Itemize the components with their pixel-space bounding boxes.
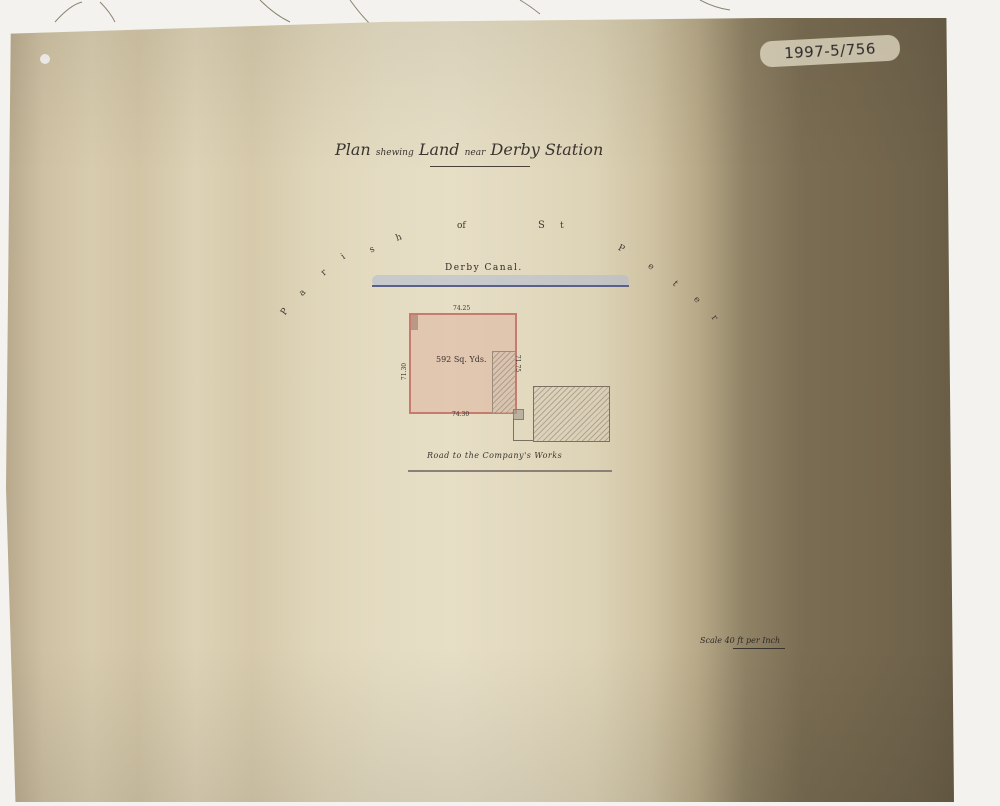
plot-dimension-bottom: 74.30 xyxy=(452,411,469,418)
plot-dimension-right: 71.75 xyxy=(514,355,521,372)
title-underline xyxy=(430,166,530,167)
punch-hole xyxy=(40,54,50,64)
adjoining-hatched-building xyxy=(533,386,610,442)
parish-letter: S xyxy=(538,220,545,231)
boundary-line xyxy=(513,418,514,440)
adjoining-small-structure xyxy=(513,409,524,420)
plot-dimension-top: 74.25 xyxy=(453,305,470,312)
plot-area-label: 592 Sq. Yds. xyxy=(436,355,487,364)
land-plot: 592 Sq. Yds. xyxy=(409,313,517,414)
canal-label: Derby Canal. xyxy=(445,263,523,273)
map-title: Plan shewing Land near Derby Station xyxy=(335,140,603,159)
road-label: Road to the Company's Works xyxy=(427,451,562,460)
canal-bank-line xyxy=(372,285,629,287)
parish-word-of: of xyxy=(457,221,466,231)
parish-letter: t xyxy=(560,221,564,231)
scale-underline xyxy=(733,648,785,649)
boundary-line xyxy=(513,440,533,441)
scale-label: Scale 40 ft per Inch xyxy=(700,636,780,645)
plot-corner-marker xyxy=(411,315,418,330)
plot-hatched-building xyxy=(492,351,515,413)
road-line xyxy=(408,470,612,472)
plot-dimension-left: 71.30 xyxy=(401,363,408,380)
